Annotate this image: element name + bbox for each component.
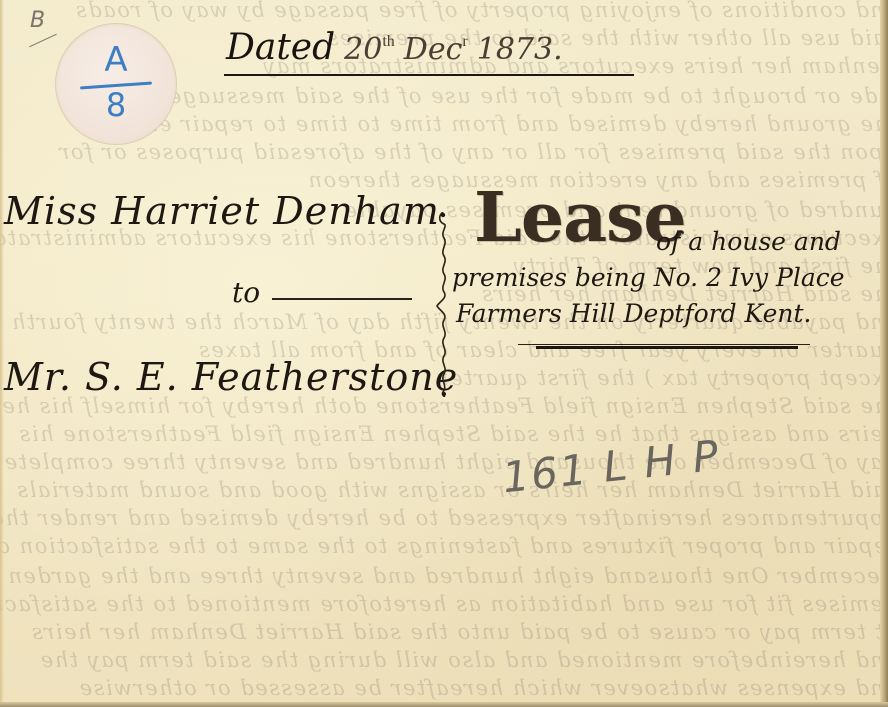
- bleed-line: December One thousand eight hundred and …: [7, 564, 888, 588]
- bleed-line: and conditions of enjoying property of f…: [74, 0, 888, 22]
- paper-edge-right: [880, 0, 888, 707]
- date-year: 1873.: [477, 32, 563, 67]
- date-line: Dated 20th Decr 1873.: [226, 22, 563, 70]
- lessor-name: Miss Harriet Denham: [4, 188, 440, 234]
- lease-description-line-3: Farmers Hill Deptford Kent.: [456, 298, 811, 330]
- connector-rule: [272, 298, 412, 300]
- title-underline-thin: [518, 344, 810, 345]
- party-connector: to: [232, 276, 260, 309]
- bleed-line: side or brought to be made for the use o…: [167, 84, 888, 108]
- bleed-line: and expenses whatsoever which hereafter …: [78, 676, 888, 700]
- bleed-line: said Harriet Denham her heirs or assigns…: [16, 478, 888, 502]
- seal-letter-top: A: [58, 40, 174, 80]
- date-day: 20: [344, 32, 382, 67]
- bleed-line: and hereinbefore mentioned and also will…: [39, 648, 888, 672]
- pencil-reference-note: 161 L H P: [500, 431, 722, 503]
- paper-edge-bottom: [0, 702, 888, 707]
- date-underline: [224, 74, 634, 76]
- bleed-line: except property tax ) the first quarter: [437, 366, 888, 390]
- brace-divider: [436, 212, 450, 397]
- bleed-line: the ground hereby demised and from time …: [79, 112, 888, 136]
- paper-seal: A 8: [58, 26, 174, 142]
- date-month: Dec: [404, 32, 463, 67]
- lease-title: Lease: [474, 178, 686, 258]
- title-underline-thick: [536, 346, 798, 349]
- lease-description-line-2: premises being No. 2 Ivy Place: [452, 262, 845, 294]
- bleed-line: appurtenances hereinafter expressed to b…: [0, 506, 888, 530]
- corner-mark-stroke: [29, 34, 57, 48]
- document-page: and conditions of enjoying property of f…: [0, 0, 888, 707]
- bleed-line: at term pay or cause to be paid unto the…: [30, 620, 888, 644]
- bleed-line: heirs and assigns that he the said Steph…: [18, 422, 888, 446]
- bleed-line: repair and proper fixtures and fastening…: [0, 534, 888, 558]
- bleed-line: day of December one thousand eight hundr…: [3, 450, 888, 474]
- date-month-suffix: r: [462, 33, 467, 50]
- date-day-suffix: th: [382, 33, 394, 50]
- bleed-line: demises fit for use and habitation as he…: [0, 592, 888, 616]
- lease-description-line-1: of a house and: [656, 226, 841, 258]
- dated-label: Dated: [226, 27, 335, 68]
- lessee-name: Mr. S. E. Featherstone: [4, 354, 458, 400]
- seal-number-bottom: 8: [58, 86, 174, 124]
- paper-edge-left: [0, 0, 4, 707]
- bleed-line: upon the said premises for all or any of…: [58, 140, 888, 164]
- corner-pencil-mark: B: [30, 8, 45, 33]
